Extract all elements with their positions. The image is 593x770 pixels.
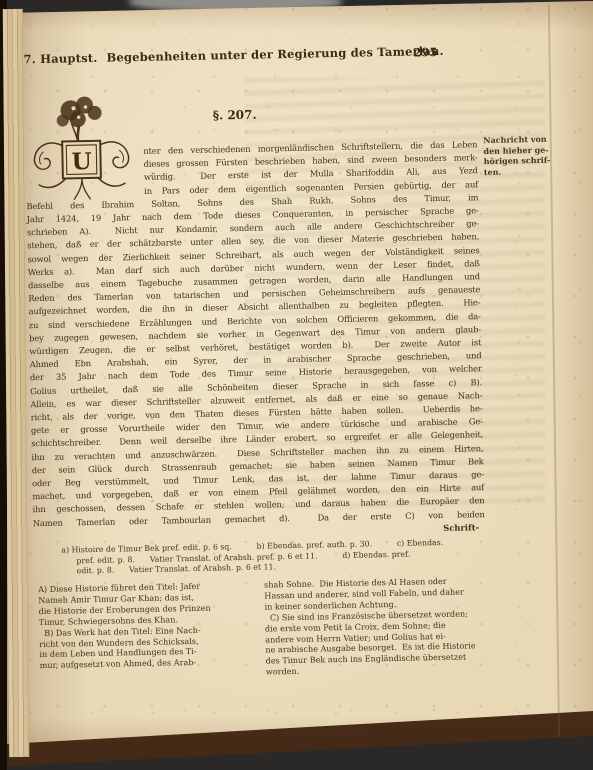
body-text: Unter den verschiedenen morgenländischen… (25, 138, 485, 530)
footnotes: A) Diese Historie führet den Titel: Jafe… (38, 575, 500, 682)
footnote-column-right: shah Sohne. Die Historie des Al Hasen od… (264, 575, 500, 678)
tree-ornament-icon: U (24, 93, 138, 213)
page-content: 7. Hauptst.Begebenheiten unter der Regie… (0, 0, 593, 770)
running-header: 7. Hauptst.Begebenheiten unter der Regie… (23, 44, 423, 66)
footnote-column-left: A) Diese Historie führet den Titel: Jafe… (38, 580, 252, 682)
woodcut-initial-ornament: U (24, 95, 140, 199)
drop-cap-letter: U (71, 148, 92, 175)
footnote-citations: a) Histoire de Timur Bek pref. edit. p. … (61, 537, 502, 578)
margin-note: Nachricht von den hieher ge- hörigen sch… (483, 133, 572, 177)
header-title: Begebenheiten unter der Regierung des Ta… (106, 44, 444, 65)
chapter-label: 7. Hauptst. (23, 51, 97, 66)
page-number: 295 (413, 45, 437, 59)
